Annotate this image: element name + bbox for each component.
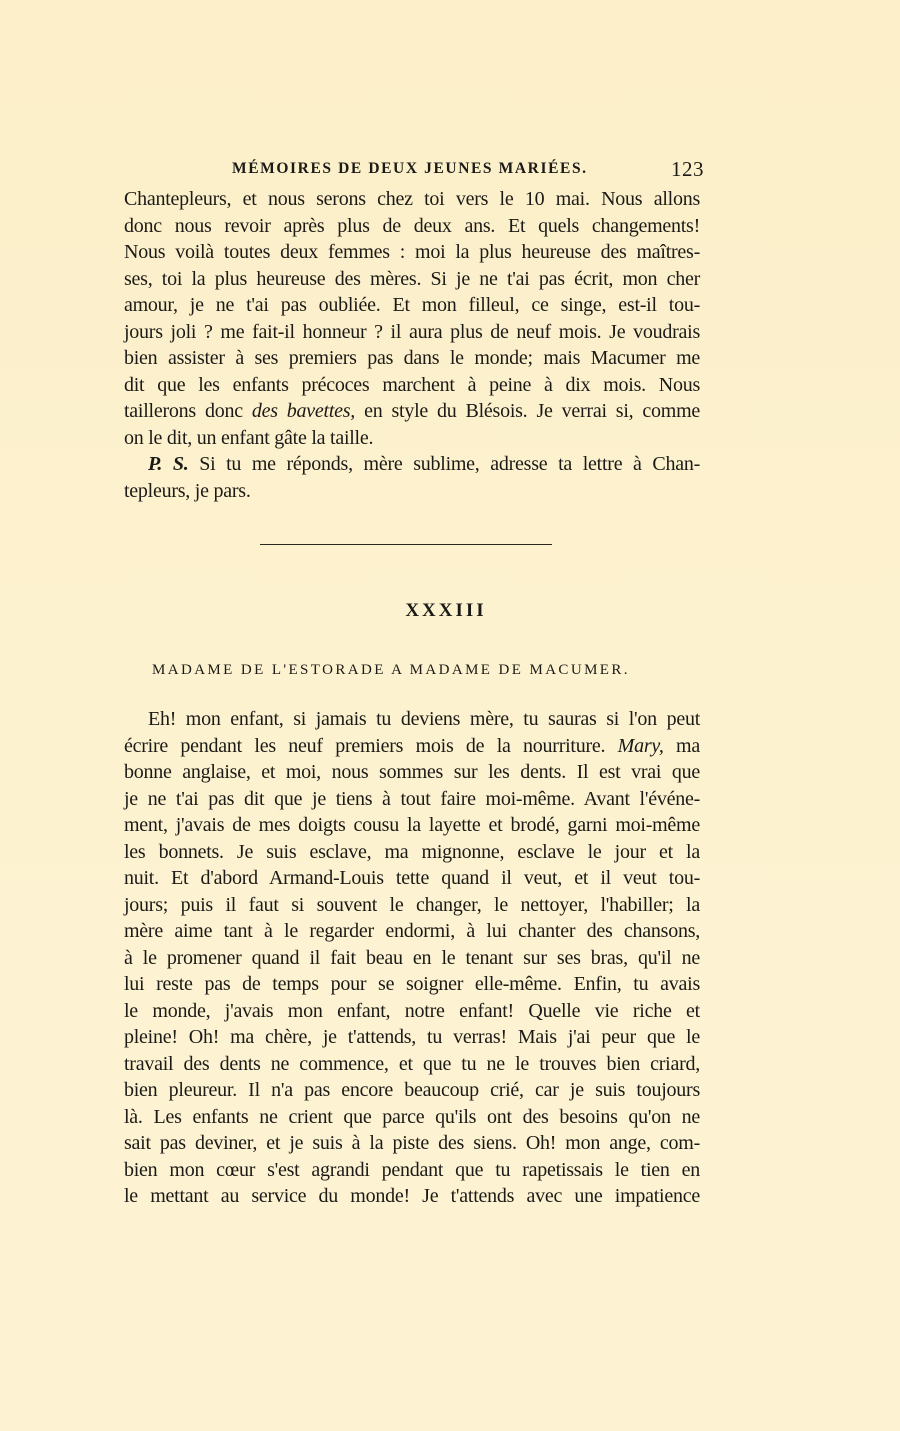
text-line: à le promener quand il fait beau en le t… [124,945,700,972]
text-line: le monde, j'avais mon enfant, notre enfa… [124,998,700,1025]
text-line: les bonnets. Je suis esclave, ma mignonn… [124,839,700,866]
text-line: ment, j'avais de mes doigts cousu la lay… [124,812,700,839]
text-line: lui reste pas de temps pour se soigner e… [124,971,700,998]
text-span: taillerons donc [124,400,252,422]
letter-heading: MADAME DE L'ESTORADE A MADAME DE MACUMER… [152,662,630,679]
text-line: bien pleureur. Il n'a pas encore beaucou… [124,1077,700,1104]
text-line: sait pas deviner, et je suis à la piste … [124,1130,700,1157]
text-line: écrire pendant les neuf premiers mois de… [124,733,700,760]
letter-continuation: Chantepleurs, et nous serons chez toi ve… [124,186,700,504]
book-page: MÉMOIRES DE DEUX JEUNES MARIÉES. 123 Cha… [0,0,900,1431]
text-line: on le dit, un enfant gâte la taille. [124,425,700,452]
italic-name: Mary, [618,735,664,757]
postscript-line: P. S. Si tu me réponds, mère sublime, ad… [124,451,700,478]
page-number: 123 [671,157,704,182]
text-line: donc nous revoir après plus de deux ans.… [124,213,700,240]
text-line: ses, toi la plus heureuse des mères. Si … [124,266,700,293]
text-line: travail des dents ne commence, et que tu… [124,1051,700,1078]
text-line: bien mon cœur s'est agrandi pendant que … [124,1157,700,1184]
text-line: tepleurs, je pars. [124,478,700,505]
text-line: le mettant au service du monde! Je t'att… [124,1183,700,1210]
text-line: nuit. Et d'abord Armand-Louis tette quan… [124,865,700,892]
text-line: taillerons donc des bavettes, en style d… [124,398,700,425]
text-line: bien assister à ses premiers pas dans le… [124,345,700,372]
running-title: MÉMOIRES DE DEUX JEUNES MARIÉES. [232,160,588,178]
italic-phrase: des bavettes, [252,400,355,422]
text-line: dit que les enfants précoces marchent à … [124,372,700,399]
chapter-number-text: XXXIII [405,600,486,621]
text-span: ma [664,735,700,757]
text-span: en style du Blésois. Je verrai si, comme [355,400,700,422]
chapter-number: XXXIII [0,600,900,622]
text-line: bonne anglaise, et moi, nous sommes sur … [124,759,700,786]
text-line: jours; puis il faut si souvent le change… [124,892,700,919]
text-line: Chantepleurs, et nous serons chez toi ve… [124,186,700,213]
text-line: Nous voilà toutes deux femmes : moi la p… [124,239,700,266]
letter-body: Eh! mon enfant, si jamais tu deviens mèr… [124,706,700,1210]
text-span: Si tu me réponds, mère sublime, adresse … [188,453,700,475]
text-line: amour, je ne t'ai pas oubliée. Et mon fi… [124,292,700,319]
text-line: je ne t'ai pas dit que je tiens à tout f… [124,786,700,813]
text-line: mère aime tant à le regarder endormi, à … [124,918,700,945]
text-line: pleine! Oh! ma chère, je t'attends, tu v… [124,1024,700,1051]
text-line: là. Les enfants ne crient que parce qu'i… [124,1104,700,1131]
text-line: jours joli ? me fait-il honneur ? il aur… [124,319,700,346]
running-head: MÉMOIRES DE DEUX JEUNES MARIÉES. 123 [124,160,704,184]
section-separator-rule [260,544,552,545]
text-line: Eh! mon enfant, si jamais tu deviens mèr… [124,706,700,733]
text-span: écrire pendant les neuf premiers mois de… [124,735,618,757]
postscript-label: P. S. [148,453,188,475]
